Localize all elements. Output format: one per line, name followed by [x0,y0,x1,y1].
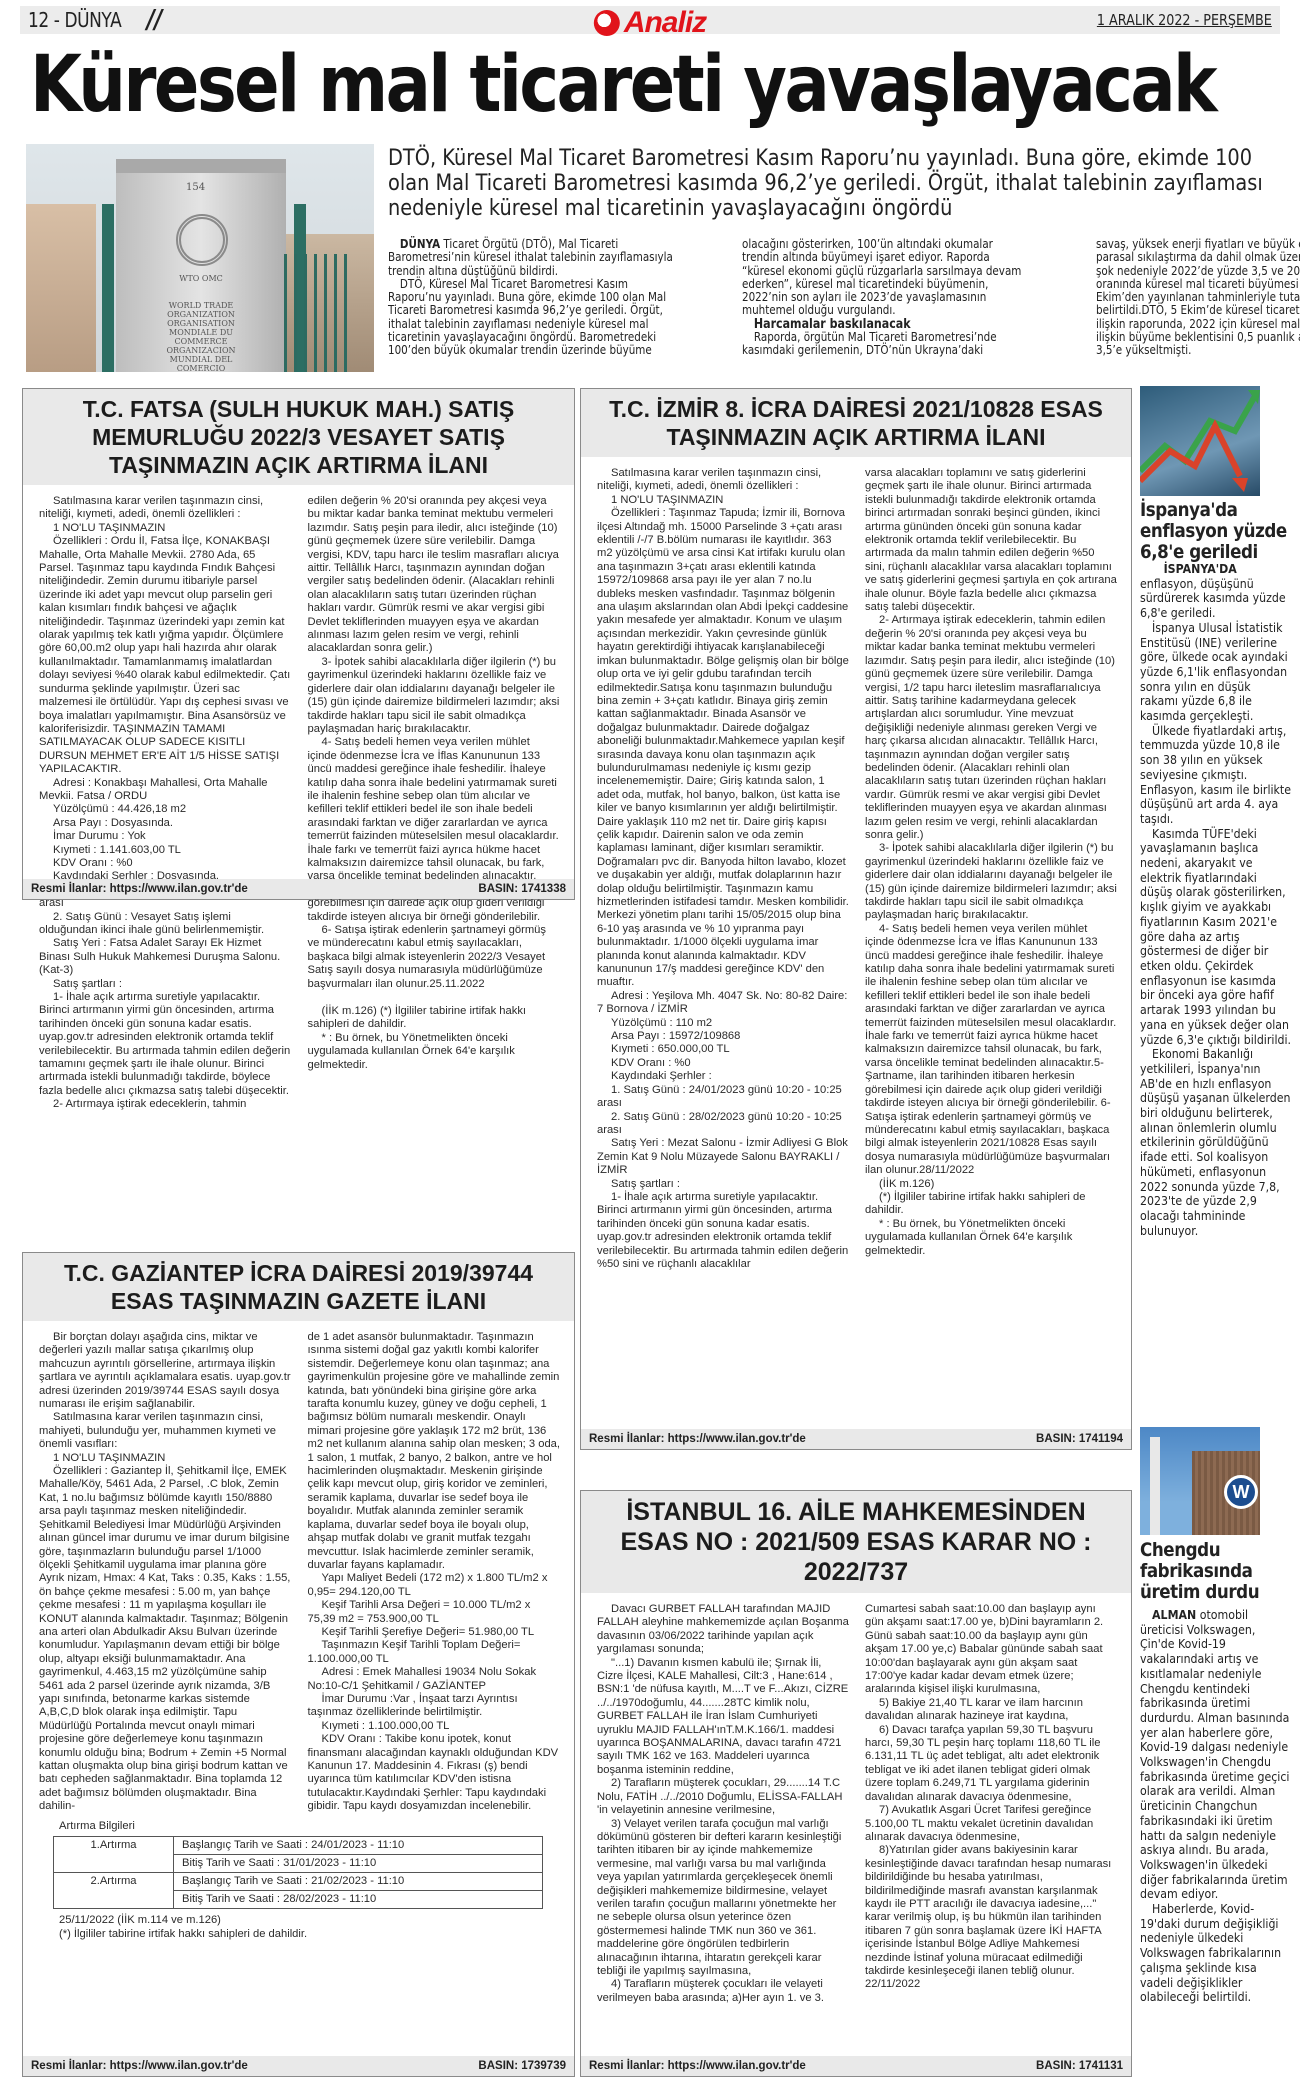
issue-date: 1 ARALIK 2022 - PERŞEMBE [1097,11,1272,29]
notice-body: Satılmasına karar verilen taşınmazın cin… [581,457,1131,1277]
table-row: 2.ArtırmaBaşlangıç Tarih ve Saati : 21/0… [54,1872,543,1890]
story-body: İSPANYA'DA enflasyon, düşüşünü sürdürere… [1140,563,1291,1239]
photo-building-left [26,204,96,372]
story-kicker: ALMAN [1152,1608,1196,1623]
page-header: 12 - DÜNYA // Analiz 1 ARALIK 2022 - PER… [20,6,1280,34]
notice-column-right: edilen değerin % 20'si oranında pey akçe… [308,495,561,1112]
notice-title: T.C. FATSA (SULH HUKUK MAH.) SATIŞ MEMUR… [23,389,574,485]
sidebar-story-spain: İspanya'da enflasyon yüzde 6,8'e geriled… [1140,500,1292,1239]
section-label: 12 - DÜNYA // [28,5,162,35]
notice-footer: Resmi İlanlar: https://www.ilan.gov.tr'd… [23,2056,574,2076]
lead-column-1: DÜNYA Ticaret Örgütü (DTÖ), Mal Ticareti… [388,238,677,358]
photo-fence [284,254,354,372]
photo-gate-post [102,204,114,372]
photo-building-number: 154 [186,182,205,193]
official-notices-link[interactable]: Resmi İlanlar: https://www.ilan.gov.tr'd… [589,2060,806,2072]
notice-column-left: Davacı GURBET FALLAH tarafından MAJID FA… [597,1603,849,2005]
lead-kicker: DÜNYA [400,237,440,251]
inflation-chart-photo [1140,386,1260,496]
notice-column-left: Bir borçtan dolayı aşağıda cins, miktar … [39,1331,292,1814]
story-kicker: İSPANYA'DA [1140,563,1260,578]
legal-notice-gaziantep: T.C. GAZİANTEP İCRA DAİRESİ 2019/39744 E… [22,1252,575,2077]
notice-footer: Resmi İlanlar: https://www.ilan.gov.tr'd… [581,1429,1131,1449]
notice-title: İSTANBUL 16. AİLE MAHKEMESİNDEN ESAS NO … [581,1491,1131,1593]
press-number: BASIN: 1741338 [478,883,566,895]
sidebar-story-chengdu: Chengdu fabrikasında üretim durdu ALMAN … [1140,1540,1292,2006]
volkswagen-factory-photo: W [1140,1427,1260,1535]
vw-logo-icon: W [1224,1475,1258,1509]
lead-deck: DTÖ, Küresel Mal Ticaret Barometresi Kas… [388,146,1282,221]
story-body: ALMAN otomobil üreticisi Volkswagen, Çin… [1140,1609,1291,2006]
legal-notice-fatsa: T.C. FATSA (SULH HUKUK MAH.) SATIŞ MEMUR… [22,388,575,900]
press-number: BASIN: 1741194 [1036,1433,1123,1445]
lead-column-3: savaş, yüksek enerji fiyatları ve büyük … [1096,238,1300,358]
auction-schedule-table: 1.ArtırmaBaşlangıç Tarih ve Saati : 24/0… [53,1836,543,1909]
lead-article-body: DÜNYA Ticaret Örgütü (DTÖ), Mal Ticareti… [388,238,1280,358]
story-title: İspanya'da enflasyon yüzde 6,8'e geriled… [1140,500,1291,563]
auction-table-title: Artırma Bilgileri [59,1820,574,1832]
notice-column-left: Satılmasına karar verilen taşınmazın cin… [39,495,292,1112]
legal-notice-izmir: T.C. İZMİR 8. İCRA DAİRESİ 2021/10828 ES… [580,388,1132,1450]
notice-body: Bir borçtan dolayı aşağıda cins, miktar … [23,1321,574,1820]
notice-title: T.C. GAZİANTEP İCRA DAİRESİ 2019/39744 E… [23,1253,574,1321]
logo-text: Analiz [624,6,706,40]
official-notices-link[interactable]: Resmi İlanlar: https://www.ilan.gov.tr'd… [31,2060,248,2072]
slashes-divider: // [147,5,162,35]
main-headline: Küresel mal ticareti yavaşlayacak [30,40,1105,130]
legal-notice-istanbul: İSTANBUL 16. AİLE MAHKEMESİNDEN ESAS NO … [580,1490,1132,2077]
trend-arrows-icon [1140,386,1260,496]
wto-building-photo: 154 WTO OMC WORLD TRADE ORGANIZATION ORG… [26,144,374,372]
press-number: BASIN: 1739739 [478,2060,566,2072]
lead-subheading: Harcamalar baskılanacak [742,318,1031,331]
newspaper-logo: Analiz [594,6,706,40]
notice-column-right: varsa alacakları toplamını ve satış gide… [865,467,1117,1271]
notice-body: Davacı GURBET FALLAH tarafından MAJID FA… [581,1593,1131,2011]
logo-swirl-icon [594,10,620,36]
notice-footer: Resmi İlanlar: https://www.ilan.gov.tr'd… [23,879,574,899]
notice-column-right: Cumartesi sabah saat:10.00 dan başlayıp … [865,1603,1117,2005]
lead-column-2: olacağını gösterirken, 100’ün altındaki … [742,238,1031,358]
official-notices-link[interactable]: Resmi İlanlar: https://www.ilan.gov.tr'd… [31,883,248,895]
notice-column-right: de 1 adet asansör bulunmaktadır. Taşınma… [308,1331,561,1814]
press-number: BASIN: 1741131 [1036,2060,1123,2072]
notice-body: Satılmasına karar verilen taşınmazın cin… [23,485,574,1118]
table-row: 1.ArtırmaBaşlangıç Tarih ve Saati : 24/0… [54,1836,543,1854]
wto-logo-icon [176,214,228,266]
official-notices-link[interactable]: Resmi İlanlar: https://www.ilan.gov.tr'd… [589,1433,806,1445]
notice-notes: 25/11/2022 (İİK m.114 ve m.126) (*) İlgi… [59,1913,574,1941]
photo-chimney [1150,1437,1160,1535]
notice-column-left: Satılmasına karar verilen taşınmazın cin… [597,467,849,1271]
notice-footer: Resmi İlanlar: https://www.ilan.gov.tr'd… [581,2056,1131,2076]
notice-title: T.C. İZMİR 8. İCRA DAİRESİ 2021/10828 ES… [581,389,1131,457]
story-title: Chengdu fabrikasında üretim durdu [1140,1540,1291,1603]
page-section: 12 - DÜNYA [28,8,121,32]
photo-caption-text: WTO OMC WORLD TRADE ORGANIZATION ORGANIS… [146,274,256,372]
